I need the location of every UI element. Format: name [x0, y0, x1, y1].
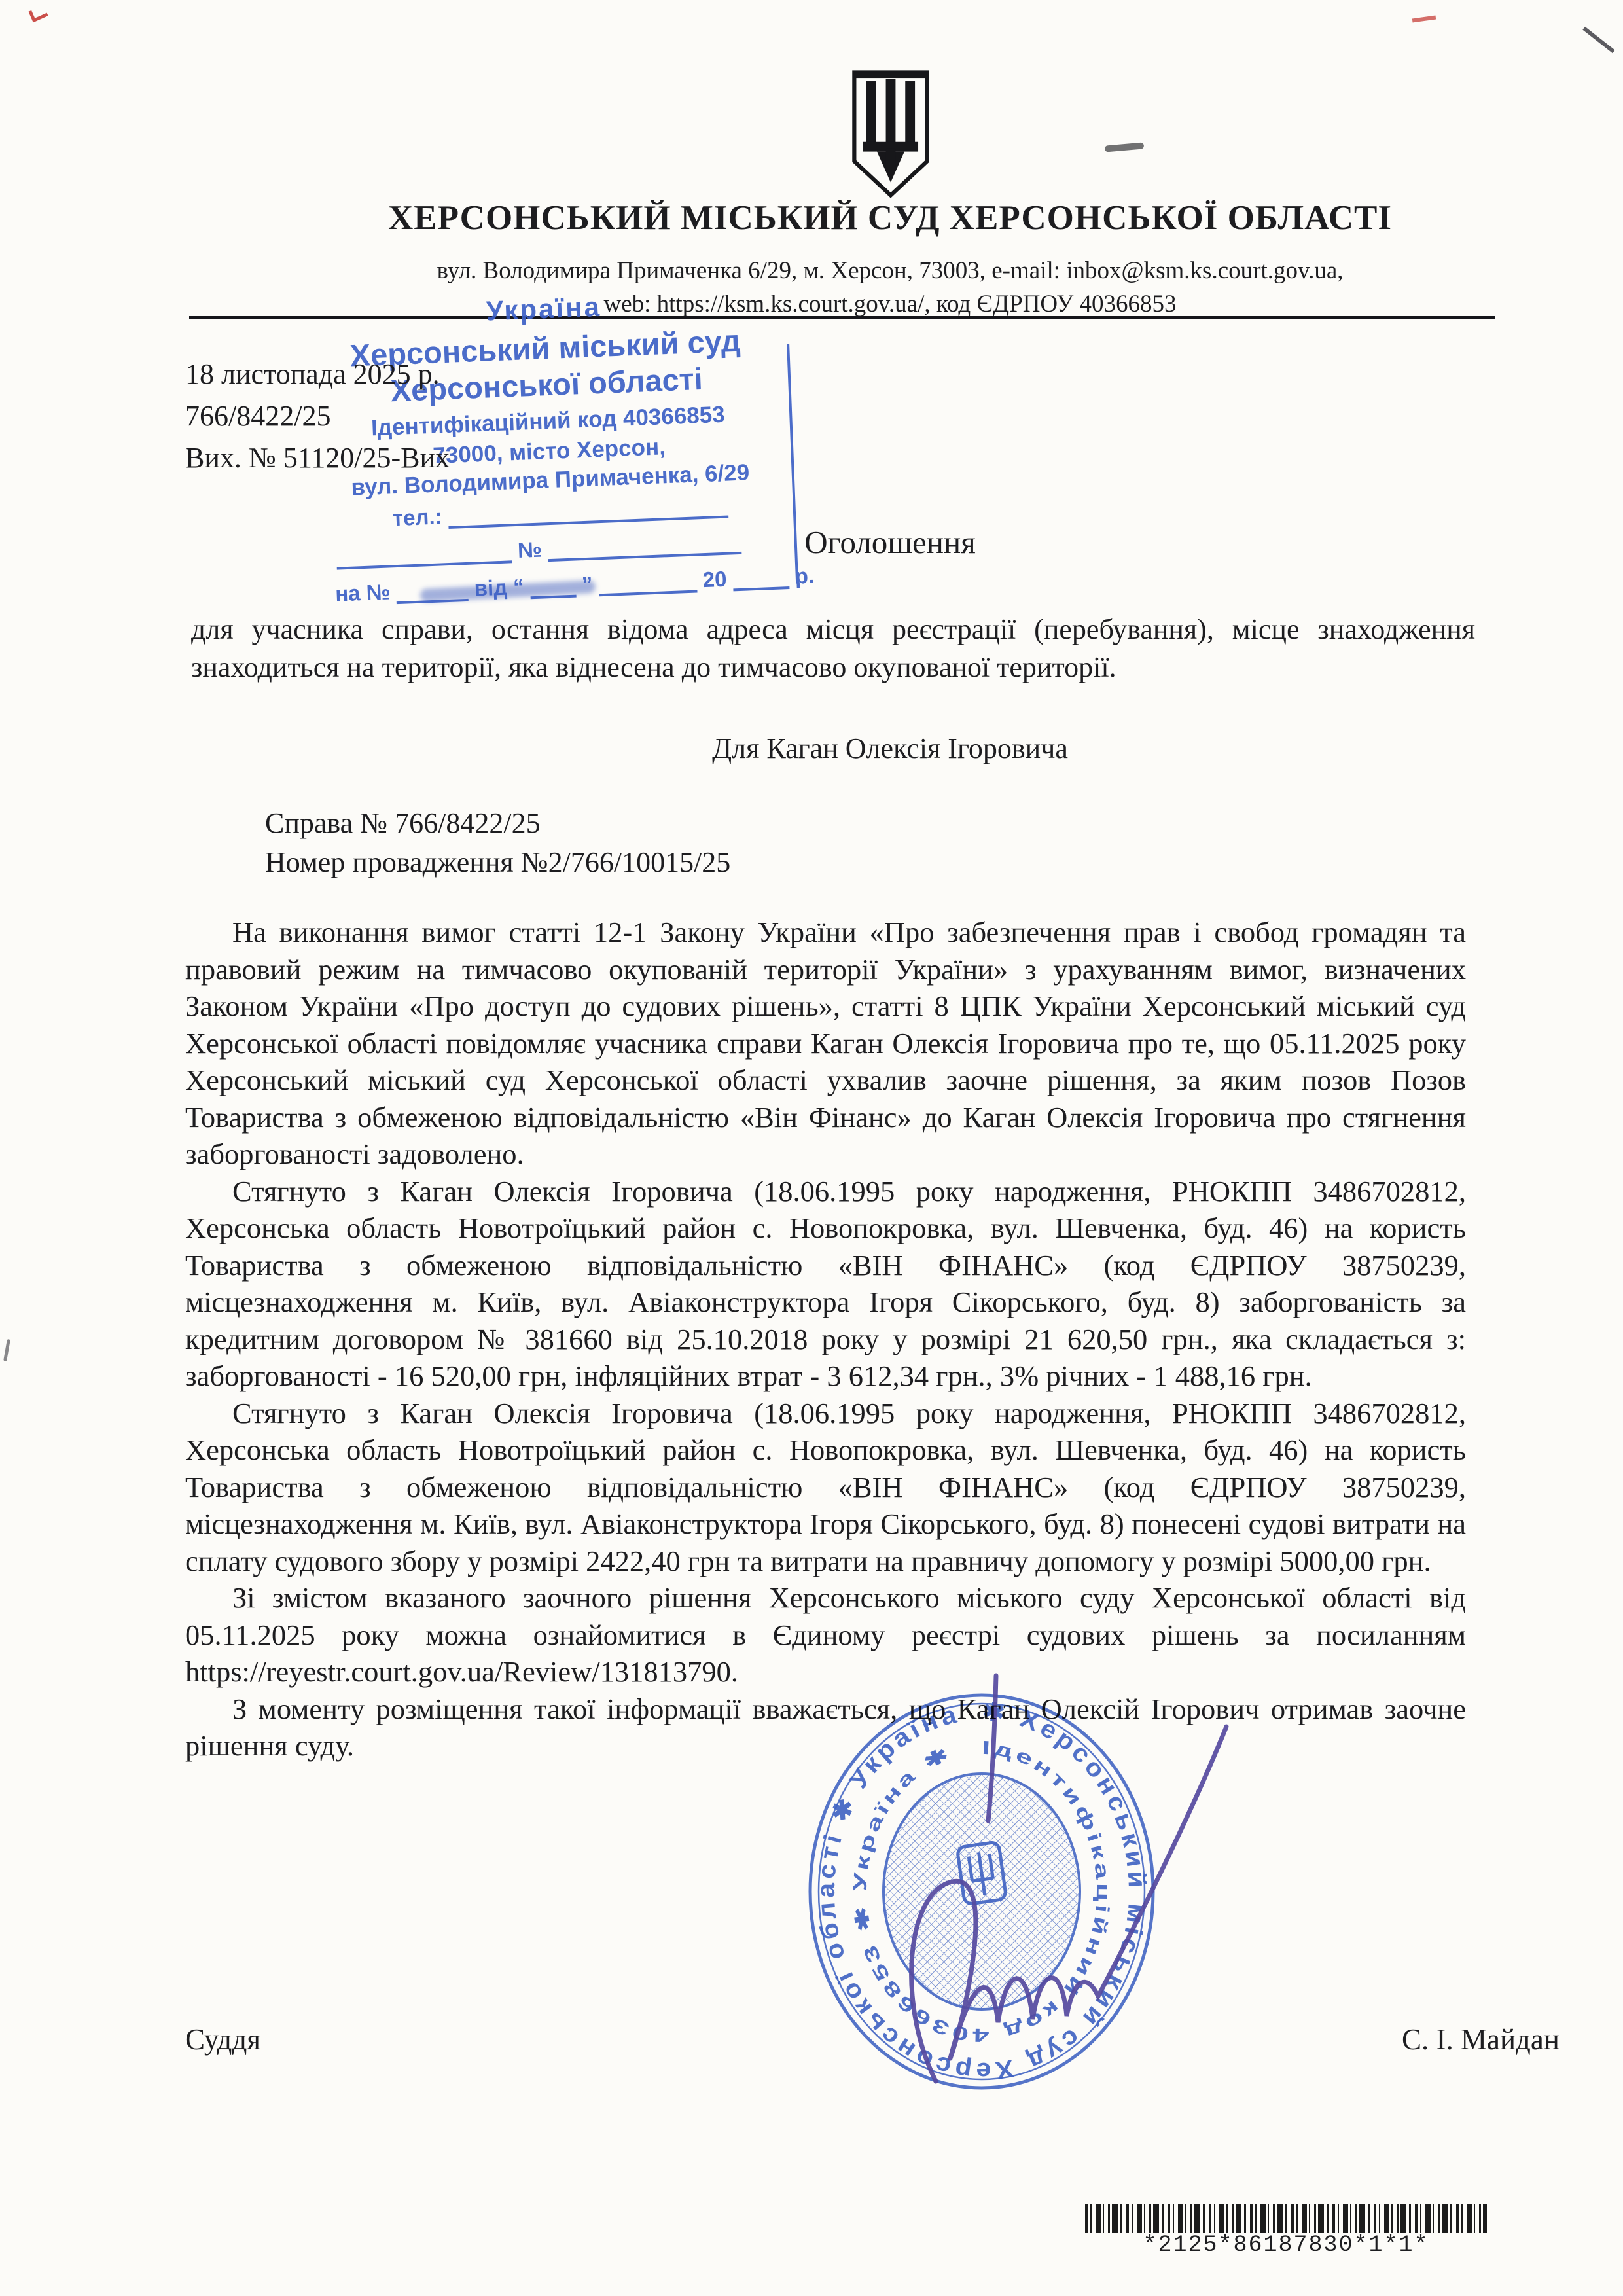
scanned-court-letter: ХЕРСОНСЬКИЙ МІСЬКИЙ СУД ХЕРСОНСЬКОЇ ОБЛА…: [0, 0, 1623, 2296]
body-paragraph: З моменту розміщення такої інформації вв…: [185, 1691, 1466, 1765]
letter-body: На виконання вимог статті 12-1 Закону Ук…: [185, 914, 1466, 1765]
seal-inner-ring-text: Ідентифікаційний код 40366853 ✱ Україна …: [849, 1738, 1113, 2045]
red-pen-dash: [1412, 16, 1436, 23]
seal-center-trident-icon: [957, 1842, 1007, 1905]
body-paragraph: Стягнуто з Каган Олексія Ігоровича (18.0…: [185, 1173, 1466, 1395]
body-paragraph-with-link: Зі змістом вказаного заочного рішення Хе…: [185, 1579, 1466, 1691]
letter-case-number: 766/8422/25: [185, 395, 450, 437]
document-barcode: [1085, 2204, 1487, 2233]
ukraine-trident-emblem: [846, 65, 935, 203]
case-reference: Справа № 766/8422/25 Номер провадження №…: [265, 804, 730, 882]
proceeding-number-line: Номер провадження №2/766/10015/25: [265, 843, 730, 882]
ink-smudge: [1105, 142, 1145, 152]
signature-row: Суддя С. І. Майдан: [185, 2022, 1560, 2056]
reference-block: 18 листопада 2025 р. 766/8422/25 Вих. № …: [185, 353, 450, 479]
judge-name: С. І. Майдан: [1402, 2022, 1560, 2056]
scan-corner-line: [1582, 27, 1614, 53]
court-address-line1: вул. Володимира Примаченка 6/29, м. Херс…: [157, 257, 1623, 285]
court-name: ХЕРСОНСЬКИЙ МІСЬКИЙ СУД ХЕРСОНСЬКОЇ ОБЛА…: [157, 198, 1623, 238]
judge-label: Суддя: [185, 2022, 260, 2056]
letter-outgoing-number: Вих. № 51120/25-Вих: [185, 437, 450, 479]
scan-edge-mark: [3, 1339, 10, 1361]
body-paragraph: Стягнуто з Каган Олексія Ігоровича (18.0…: [185, 1395, 1466, 1580]
svg-text:Ідентифікаційний код 40366853: Ідентифікаційний код 40366853 ✱ Україна …: [849, 1738, 1113, 2045]
red-pen-mark: [28, 5, 48, 23]
addressee-line: Для Каган Олексія Ігоровича: [157, 732, 1623, 765]
case-number-line: Справа № 766/8422/25: [265, 804, 730, 843]
stamp-reg-row: на № від “ ” 20 р.: [335, 564, 815, 607]
barcode-text: *2125*86187830*1*1*: [1085, 2232, 1487, 2258]
document-title: Оголошення: [157, 524, 1623, 561]
letter-date: 18 листопада 2025 р.: [185, 353, 450, 395]
body-paragraph: На виконання вимог статті 12-1 Закону Ук…: [185, 914, 1466, 1173]
intro-paragraph: для учасника справи, остання відома адре…: [191, 611, 1475, 687]
